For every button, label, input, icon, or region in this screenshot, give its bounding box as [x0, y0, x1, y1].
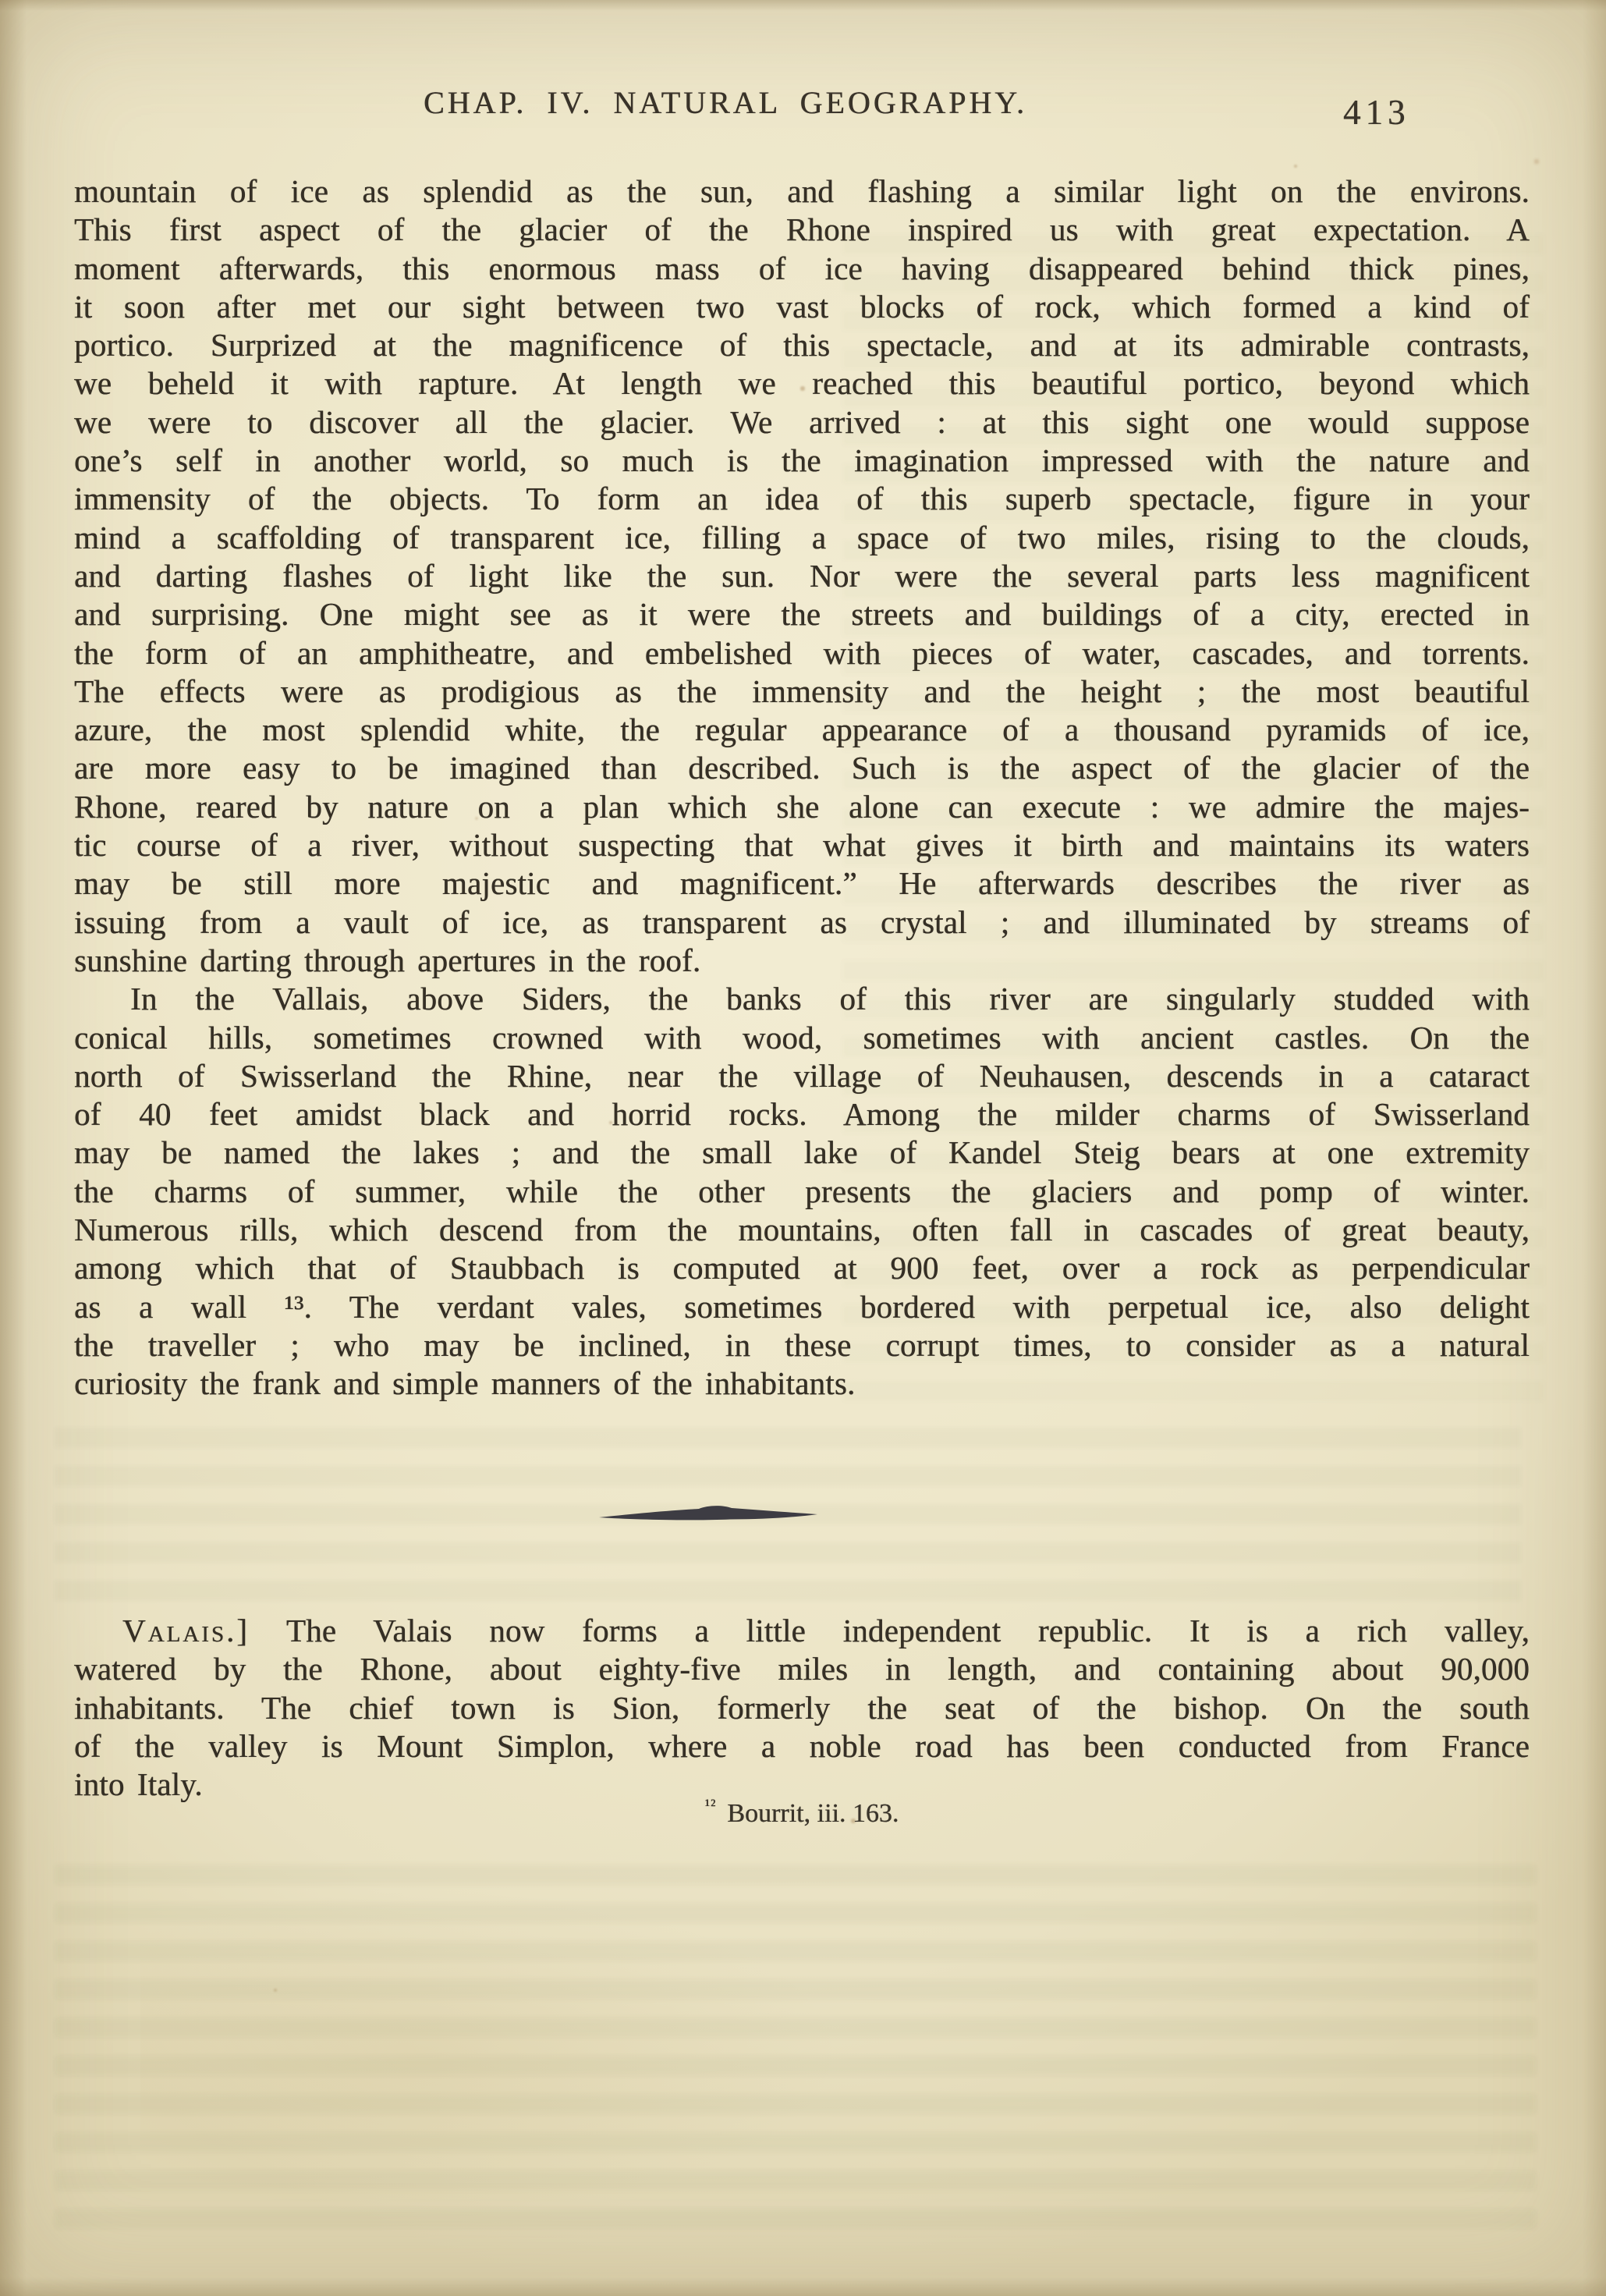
text-line: azure, the most splendid white, the regu… — [74, 711, 1530, 749]
page-number: 413 — [1343, 92, 1410, 133]
text-line: This first aspect of the glacier of the … — [74, 211, 1530, 249]
text-line: tic course of a river, without suspectin… — [74, 826, 1530, 864]
text-line: moment afterwards, this enormous mass of… — [74, 250, 1530, 288]
valais-section: Valais.] The Valais now forms a little i… — [74, 1612, 1530, 1804]
running-header: CHAP. IV.NATURAL GEOGRAPHY. — [47, 84, 1404, 121]
text-line: Numerous rills, which descend from the m… — [74, 1211, 1530, 1249]
paragraph-vallais-rhine: In the Vallais, above Siders, the banks … — [74, 980, 1530, 1403]
text-line: among which that of Staubbach is compute… — [74, 1249, 1530, 1287]
text-line: and surprising. One might see as it were… — [74, 595, 1530, 633]
text-line: the charms of summer, while the other pr… — [74, 1173, 1530, 1211]
scan-edge-shadow — [0, 0, 27, 2296]
section-title: NATURAL GEOGRAPHY. — [613, 85, 1027, 120]
text-line: one’s self in another world, so much is … — [74, 442, 1530, 480]
text-line: issuing from a vault of ice, as transpar… — [74, 903, 1530, 942]
text-line: curiosity the frank and simple manners o… — [74, 1364, 1530, 1403]
foxing-specks — [0, 0, 2, 2]
text-line: and darting flashes of light like the su… — [74, 557, 1530, 595]
chapter-label: CHAP. IV. — [424, 85, 593, 120]
paper-stain — [140, 1888, 842, 2216]
text-line: may be still more majestic and magnifice… — [74, 864, 1530, 903]
text-line: of the valley is Mount Simplon, where a … — [74, 1727, 1530, 1765]
text-line: conical hills, sometimes crowned with wo… — [74, 1019, 1530, 1057]
text-line: are more easy to be imagined than descri… — [74, 749, 1530, 787]
paragraph-lines: In the Vallais, above Siders, the banks … — [74, 980, 1530, 1364]
text-line: may be named the lakes ; and the small l… — [74, 1134, 1530, 1172]
text-line: it soon after met our sight between two … — [74, 288, 1530, 326]
paragraph-lines: watered by the Rhone, about eighty-five … — [74, 1650, 1530, 1765]
valais-first-line-text: The Valais now forms a little independen… — [286, 1613, 1530, 1648]
swelled-rule-icon — [597, 1503, 819, 1526]
valais-sidehead: Valais.] — [122, 1613, 250, 1648]
text-line: Rhone, reared by nature on a plan which … — [74, 788, 1530, 826]
scan-edge-shadow — [0, 0, 1606, 11]
text-line: immensity of the objects. To form an ide… — [74, 480, 1530, 518]
text-line: we beheld it with rapture. At length we … — [74, 364, 1530, 403]
text-line: the form of an amphitheatre, and embelis… — [74, 634, 1530, 672]
verso-bleedthrough — [55, 1865, 1537, 2231]
text-line: Valais.] The Valais now forms a little i… — [74, 1612, 1530, 1650]
page-text-block: mountain of ice as splendid as the sun, … — [74, 172, 1530, 1404]
text-line: mountain of ice as splendid as the sun, … — [74, 172, 1530, 211]
text-line: sunshine darting through apertures in th… — [74, 942, 1530, 980]
text-line: mind a scaffolding of transparent ice, f… — [74, 519, 1530, 557]
text-line: portico. Surprized at the magnificence o… — [74, 326, 1530, 364]
scan-edge-shadow — [1583, 0, 1606, 2296]
text-line: inhabitants. The chief town is Sion, for… — [74, 1689, 1530, 1727]
section-divider-ornament — [597, 1503, 819, 1526]
text-line: north of Swisserland the Rhine, near the… — [74, 1057, 1530, 1095]
paragraph-lines: mountain of ice as splendid as the sun, … — [74, 172, 1530, 942]
text-line: In the Vallais, above Siders, the banks … — [74, 980, 1530, 1018]
text-line: as a wall ¹³. The verdant vales, sometim… — [74, 1288, 1530, 1326]
footnote-marker: ¹² — [705, 1796, 717, 1815]
text-line: of 40 feet amidst black and horrid rocks… — [74, 1095, 1530, 1134]
footnote-text: Bourrit, iii. 163. — [727, 1799, 899, 1828]
text-line: watered by the Rhone, about eighty-five … — [74, 1650, 1530, 1688]
text-line: we were to discover all the glacier. We … — [74, 403, 1530, 442]
footnote: ¹²Bourrit, iii. 163. — [74, 1796, 1530, 1829]
scan-edge-shadow — [0, 2277, 1606, 2296]
text-line: The effects were as prodigious as the im… — [74, 672, 1530, 711]
paragraph-glacier-description: mountain of ice as splendid as the sun, … — [74, 172, 1530, 980]
text-line: the traveller ; who may be inclined, in … — [74, 1326, 1530, 1364]
scanned-book-page: CHAP. IV.NATURAL GEOGRAPHY. 413 mountain… — [0, 0, 1606, 2296]
